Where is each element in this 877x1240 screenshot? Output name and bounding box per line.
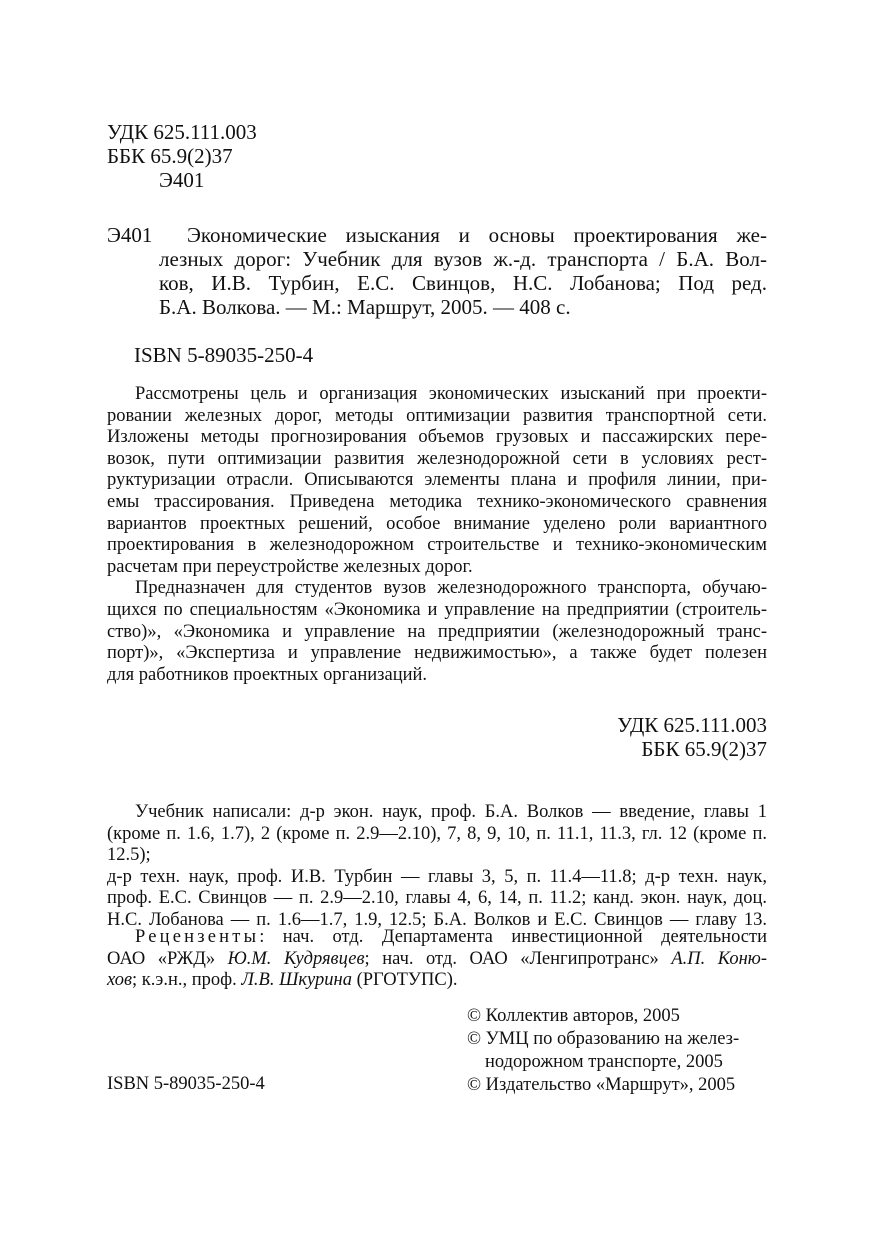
abstract-line: руктуризации отрасли. Описываются элемен… [107,470,767,492]
bibliographic-description: Э401 Экономические изыскания и основы пр… [107,223,767,319]
bibliographic-line: Б.А. Волкова. — М.: Маршрут, 2005. — 408… [159,295,767,319]
reviewers-line: хов; к.э.н., проф. Л.В. Шкурина (РГОТУПС… [107,970,767,992]
classification-right: УДК 625.111.003 ББК 65.9(2)37 [617,713,767,761]
abstract-line: возок, пути оптимизации развития железно… [107,449,767,471]
abstract-line: ровании железных дорог, методы оптимизац… [107,406,767,428]
abstract-line: вариантов проектных решений, особое вним… [107,514,767,536]
abstract: Рассмотрены цель и организация экономиче… [107,384,767,686]
reviewers-line: ОАО «РЖД» Ю.М. Кудрявцев; нач. отд. ОАО … [107,949,767,971]
abstract-line: ство)», «Экономика и управление на предп… [107,622,767,644]
abstract-line: для работников проектных организаций. [107,665,767,687]
authors-line: д-р техн. наук, проф. И.В. Турбин — глав… [107,867,767,889]
authors-contributions: Учебник написали: д-р экон. наук, проф. … [107,802,767,932]
bbk-code-right: ББК 65.9(2)37 [617,737,767,761]
isbn-bottom: ISBN 5-89035-250-4 [107,1074,265,1096]
udk-code-right: УДК 625.111.003 [617,713,767,737]
reviewer-name: Ю.М. Кудрявцев [228,949,365,969]
bibliographic-line: Экономические изыскания и основы проекти… [159,223,767,247]
reviewers-text: ОАО «РЖД» [107,949,228,969]
abstract-line: Предназначен для студентов вузов железно… [107,578,767,600]
reviewers-line: Рецензенты: нач. отд. Департамента инвес… [107,927,767,949]
abstract-line: расчетам при переустройстве железных дор… [107,557,767,579]
author-mark: Э401 [107,168,257,192]
bibliographic-line: лезных дорог: Учебник для вузов ж.-д. тр… [159,247,767,271]
copyright-line: © Коллектив авторов, 2005 [467,1005,739,1028]
reviewers-text: (РГОТУПС). [352,970,458,990]
reviewers-text: : нач. отд. Департамента инвестиционной … [259,927,767,947]
authors-line: Учебник написали: д-р экон. наук, проф. … [107,802,767,824]
copyright-line: нодорожном транспорте, 2005 [467,1051,739,1074]
reviewer-name: хов [107,970,132,990]
abstract-paragraph-1: Рассмотрены цель и организация экономиче… [107,384,767,578]
udk-code: УДК 625.111.003 [107,120,257,144]
bbk-code: ББК 65.9(2)37 [107,144,257,168]
abstract-paragraph-2: Предназначен для студентов вузов железно… [107,578,767,686]
reviewers-text: ; нач. отд. ОАО «Ленгипротранс» [365,949,672,969]
reviewers-text: ; к.э.н., проф. [132,970,241,990]
reviewers-label: Рецензенты [135,927,259,947]
bibliographic-code: Э401 [107,223,152,247]
abstract-line: Изложены методы прогнозирования объемов … [107,427,767,449]
abstract-line: проектирования в железнодорожном строите… [107,535,767,557]
abstract-line: порт)», «Экспертиза и управление недвижи… [107,643,767,665]
authors-line: (кроме п. 1.6, 1.7), 2 (кроме п. 2.9—2.1… [107,824,767,867]
abstract-line: щихся по специальностям «Экономика и упр… [107,600,767,622]
abstract-line: Рассмотрены цель и организация экономиче… [107,384,767,406]
authors-line: проф. Е.С. Свинцов — п. 2.9—2.10, главы … [107,888,767,910]
isbn-top: ISBN 5-89035-250-4 [134,343,313,367]
copyright-line: © Издательство «Маршрут», 2005 [467,1074,739,1097]
copyright-block: © Коллектив авторов, 2005 © УМЦ по образ… [467,1005,739,1097]
reviewer-name: Л.В. Шкурина [241,970,352,990]
copyright-line: © УМЦ по образованию на желез- [467,1028,739,1051]
classification-block: УДК 625.111.003 ББК 65.9(2)37 Э401 [107,120,257,192]
reviewers: Рецензенты: нач. отд. Департамента инвес… [107,927,767,992]
abstract-line: емы трассирования. Приведена методика те… [107,492,767,514]
reviewer-name: А.П. Коню- [671,949,767,969]
bibliographic-line: ков, И.В. Турбин, Е.С. Свинцов, Н.С. Лоб… [159,271,767,295]
